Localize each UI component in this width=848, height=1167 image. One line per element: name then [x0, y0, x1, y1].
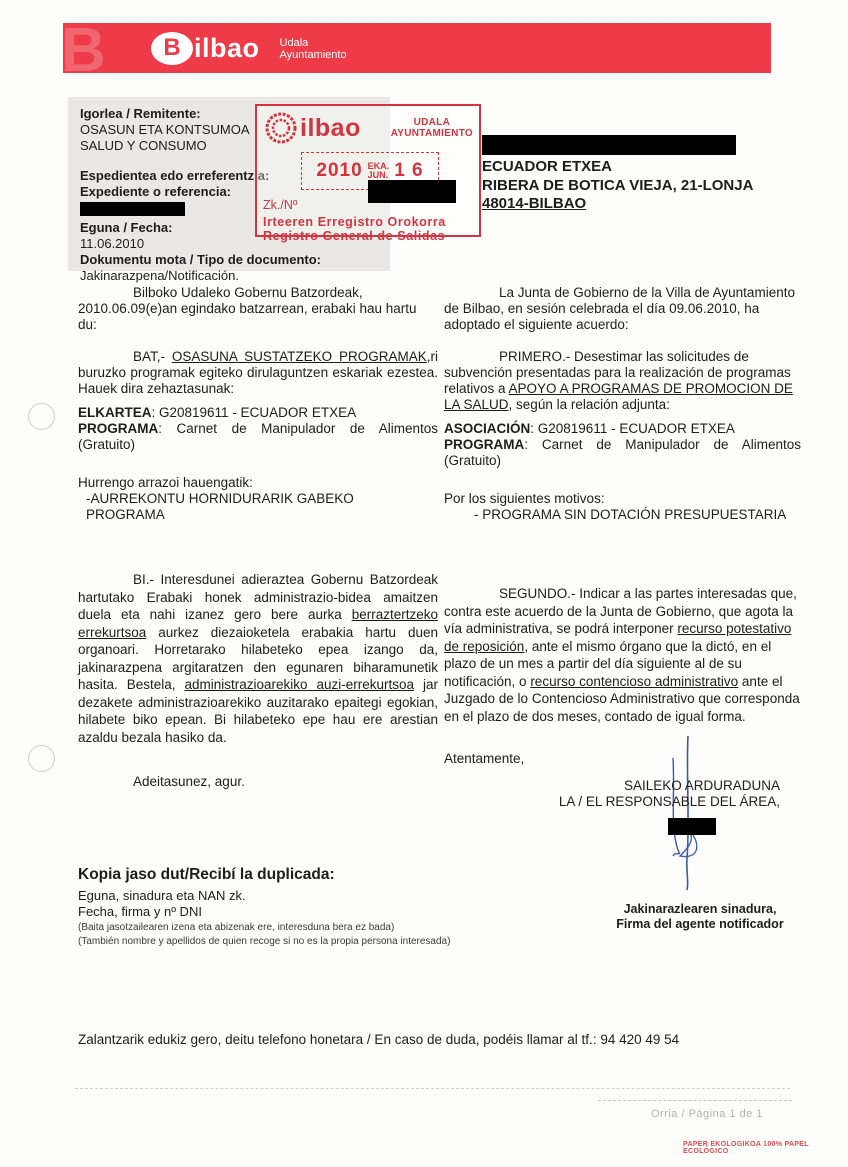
- spanish-intro-paragraph: La Junta de Gobierno de la Villa de Ayun…: [444, 285, 801, 333]
- programa-line-eu: PROGRAMA: Carnet de Manipulador de Alime…: [78, 421, 438, 453]
- handwritten-signature: [640, 732, 720, 892]
- asociacion-label: ASOCIACIÓN: [444, 421, 530, 436]
- stamp-logo-text: ilbao: [300, 114, 361, 143]
- spanish-closing: Atentamente,: [444, 751, 801, 767]
- expediente-redaction-bar: [80, 202, 185, 216]
- programa-label-es: PROGRAMA: [444, 437, 524, 452]
- bi-underlined-2: administrazioarekiko auzi-errekurtsoa: [184, 677, 414, 692]
- footer-dashed-line-short: [598, 1100, 792, 1101]
- recipient-redaction-bar: [482, 135, 736, 155]
- tipo-label: Dokumentu mota / Tipo de documento:: [80, 252, 390, 268]
- recipient-name: ECUADOR ETXEA: [482, 158, 782, 177]
- primero-post: , según la relación adjunta:: [509, 397, 670, 412]
- elkartea-label: ELKARTEA: [78, 405, 152, 420]
- spanish-primero-paragraph: PRIMERO.- Desestimar las solicitudes de …: [444, 349, 801, 413]
- recipient-block: ECUADOR ETXEA RIBERA DE BOTICA VIEJA, 21…: [482, 135, 782, 214]
- footer-dashed-line-long: [75, 1088, 790, 1089]
- basque-motives-intro: Hurrengo arrazoi hauengatik:: [78, 475, 438, 491]
- notifier-label-es: Firma del agente notificador: [615, 917, 785, 932]
- bilbao-logo: B ilbao Udala Ayuntamiento: [151, 32, 347, 65]
- copy-receipt-title: Kopia jaso dut/Recibí la duplicada:: [78, 866, 508, 884]
- header-subtitle: Udala Ayuntamiento: [280, 37, 347, 62]
- stamp-org-name: UDALA AYUNTAMIENTO: [391, 117, 475, 139]
- body-column-basque: Bilboko Udaleko Gobernu Batzordeak, 2010…: [78, 285, 438, 790]
- hole-punch-bottom: [28, 745, 55, 772]
- tipo-value: Jakinarazpena/Notificación.: [80, 268, 390, 284]
- segundo-underlined-2: recurso contencioso administrativo: [530, 674, 738, 689]
- stamp-registry-eu: Irteeren Erregistro Orokorra: [263, 215, 446, 229]
- elkartea-value: : G20819611 - ECUADOR ETXEA: [152, 405, 357, 420]
- stamp-registry-es: Registro General de Salidas: [263, 229, 445, 243]
- programa-line-es: PROGRAMA: Carnet de Manipulador de Alime…: [444, 437, 801, 469]
- copy-receipt-note-es: (También nombre y apellidos de quien rec…: [78, 936, 508, 948]
- phone-help-line: Zalantzarik edukiz gero, deitu telefono …: [78, 1032, 679, 1047]
- spanish-motives-intro: Por los siguientes motivos:: [444, 491, 801, 507]
- stamp-org-eu: UDALA: [414, 117, 451, 128]
- signatory-title-eu: SAILEKO ARDURADUNA: [540, 778, 780, 794]
- copy-receipt-line-es: Fecha, firma y nº DNI: [78, 904, 508, 920]
- stamp-date-day: 1 6: [394, 160, 423, 182]
- stamp-month-es: JUN.: [368, 170, 389, 180]
- stamp-date-month: EKA. JUN.: [368, 162, 390, 180]
- basque-bat-paragraph: BAT,- OSASUNA SUSTATZEKO PROGRAMAK,ri bu…: [78, 349, 438, 397]
- bilbao-logo-b-icon: B: [151, 32, 193, 65]
- basque-bi-paragraph: BI.- Interesdunei adieraztea Gobernu Bat…: [78, 571, 438, 746]
- hole-punch-top: [28, 403, 55, 430]
- signature-redaction-bar: [668, 818, 716, 835]
- scanned-letter-page: B B ilbao Udala Ayuntamiento Igorlea / R…: [0, 0, 848, 1167]
- stamp-org-es: AYUNTAMIENTO: [391, 128, 473, 139]
- stamp-number-redaction-bar: [368, 180, 456, 203]
- signatory-title-es: LA / EL RESPONSABLE DEL ÁREA,: [540, 794, 780, 810]
- asociacion-line: ASOCIACIÓN: G20819611 - ECUADOR ETXEA: [444, 421, 801, 437]
- copy-receipt-note-eu: (Baita jasotzailearen izena eta abizenak…: [78, 922, 508, 934]
- body-column-spanish: La Junta de Gobierno de la Villa de Ayun…: [444, 285, 801, 767]
- signatory-title: SAILEKO ARDURADUNA LA / EL RESPONSABLE D…: [540, 778, 780, 809]
- recipient-city: 48014-BILBAO: [482, 195, 782, 214]
- stamp-date-year: 2010: [316, 160, 362, 182]
- bilbao-watermark-b: B: [61, 15, 102, 86]
- notifier-signature-label: Jakinarazlearen sinadura, Firma del agen…: [615, 902, 785, 931]
- page-number: Orria / Página 1 de 1: [627, 1108, 787, 1120]
- bat-underlined: OSASUNA SUSTATZEKO PROGRAMAK: [172, 349, 427, 364]
- header-band: B B ilbao Udala Ayuntamiento: [63, 23, 771, 73]
- copy-receipt-block: Kopia jaso dut/Recibí la duplicada: Egun…: [78, 866, 508, 948]
- eco-paper-note: PAPER EKOLOGIKOA 100% PAPEL ECOLÓGICO: [683, 1141, 848, 1155]
- basque-motive-line2: PROGRAMA: [78, 507, 438, 523]
- header-subtitle-eu: Udala: [280, 37, 309, 49]
- asociacion-value: : G20819611 - ECUADOR ETXEA: [530, 421, 735, 436]
- stamp-bilbao-logo-icon: [263, 110, 299, 146]
- basque-intro-paragraph: Bilboko Udaleko Gobernu Batzordeak, 2010…: [78, 285, 438, 333]
- spanish-motive: - PROGRAMA SIN DOTACIÓN PRESUPUESTARIA: [444, 507, 801, 523]
- basque-closing: Adeitasunez, agur.: [78, 774, 438, 790]
- recipient-address: RIBERA DE BOTICA VIEJA, 21-LONJA: [482, 177, 782, 196]
- programa-label-eu: PROGRAMA: [78, 421, 158, 436]
- elkartea-line: ELKARTEA: G20819611 - ECUADOR ETXEA: [78, 405, 438, 421]
- stamp-registry-title: Irteeren Erregistro Orokorra Registro Ge…: [263, 215, 479, 243]
- spanish-segundo-paragraph: SEGUNDO.- Indicar a las partes interesad…: [444, 585, 801, 725]
- header-subtitle-es: Ayuntamiento: [280, 49, 347, 61]
- bat-pre: BAT,-: [133, 349, 172, 364]
- bilbao-logo-text: ilbao: [194, 33, 260, 64]
- notifier-label-eu: Jakinarazlearen sinadura,: [615, 902, 785, 917]
- basque-motive-line1: -AURREKONTU HORNIDURARIK GABEKO: [78, 491, 438, 507]
- registry-stamp: ilbao UDALA AYUNTAMIENTO 2010 EKA. JUN. …: [255, 104, 481, 237]
- copy-receipt-line-eu: Eguna, sinadura eta NAN zk.: [78, 888, 508, 904]
